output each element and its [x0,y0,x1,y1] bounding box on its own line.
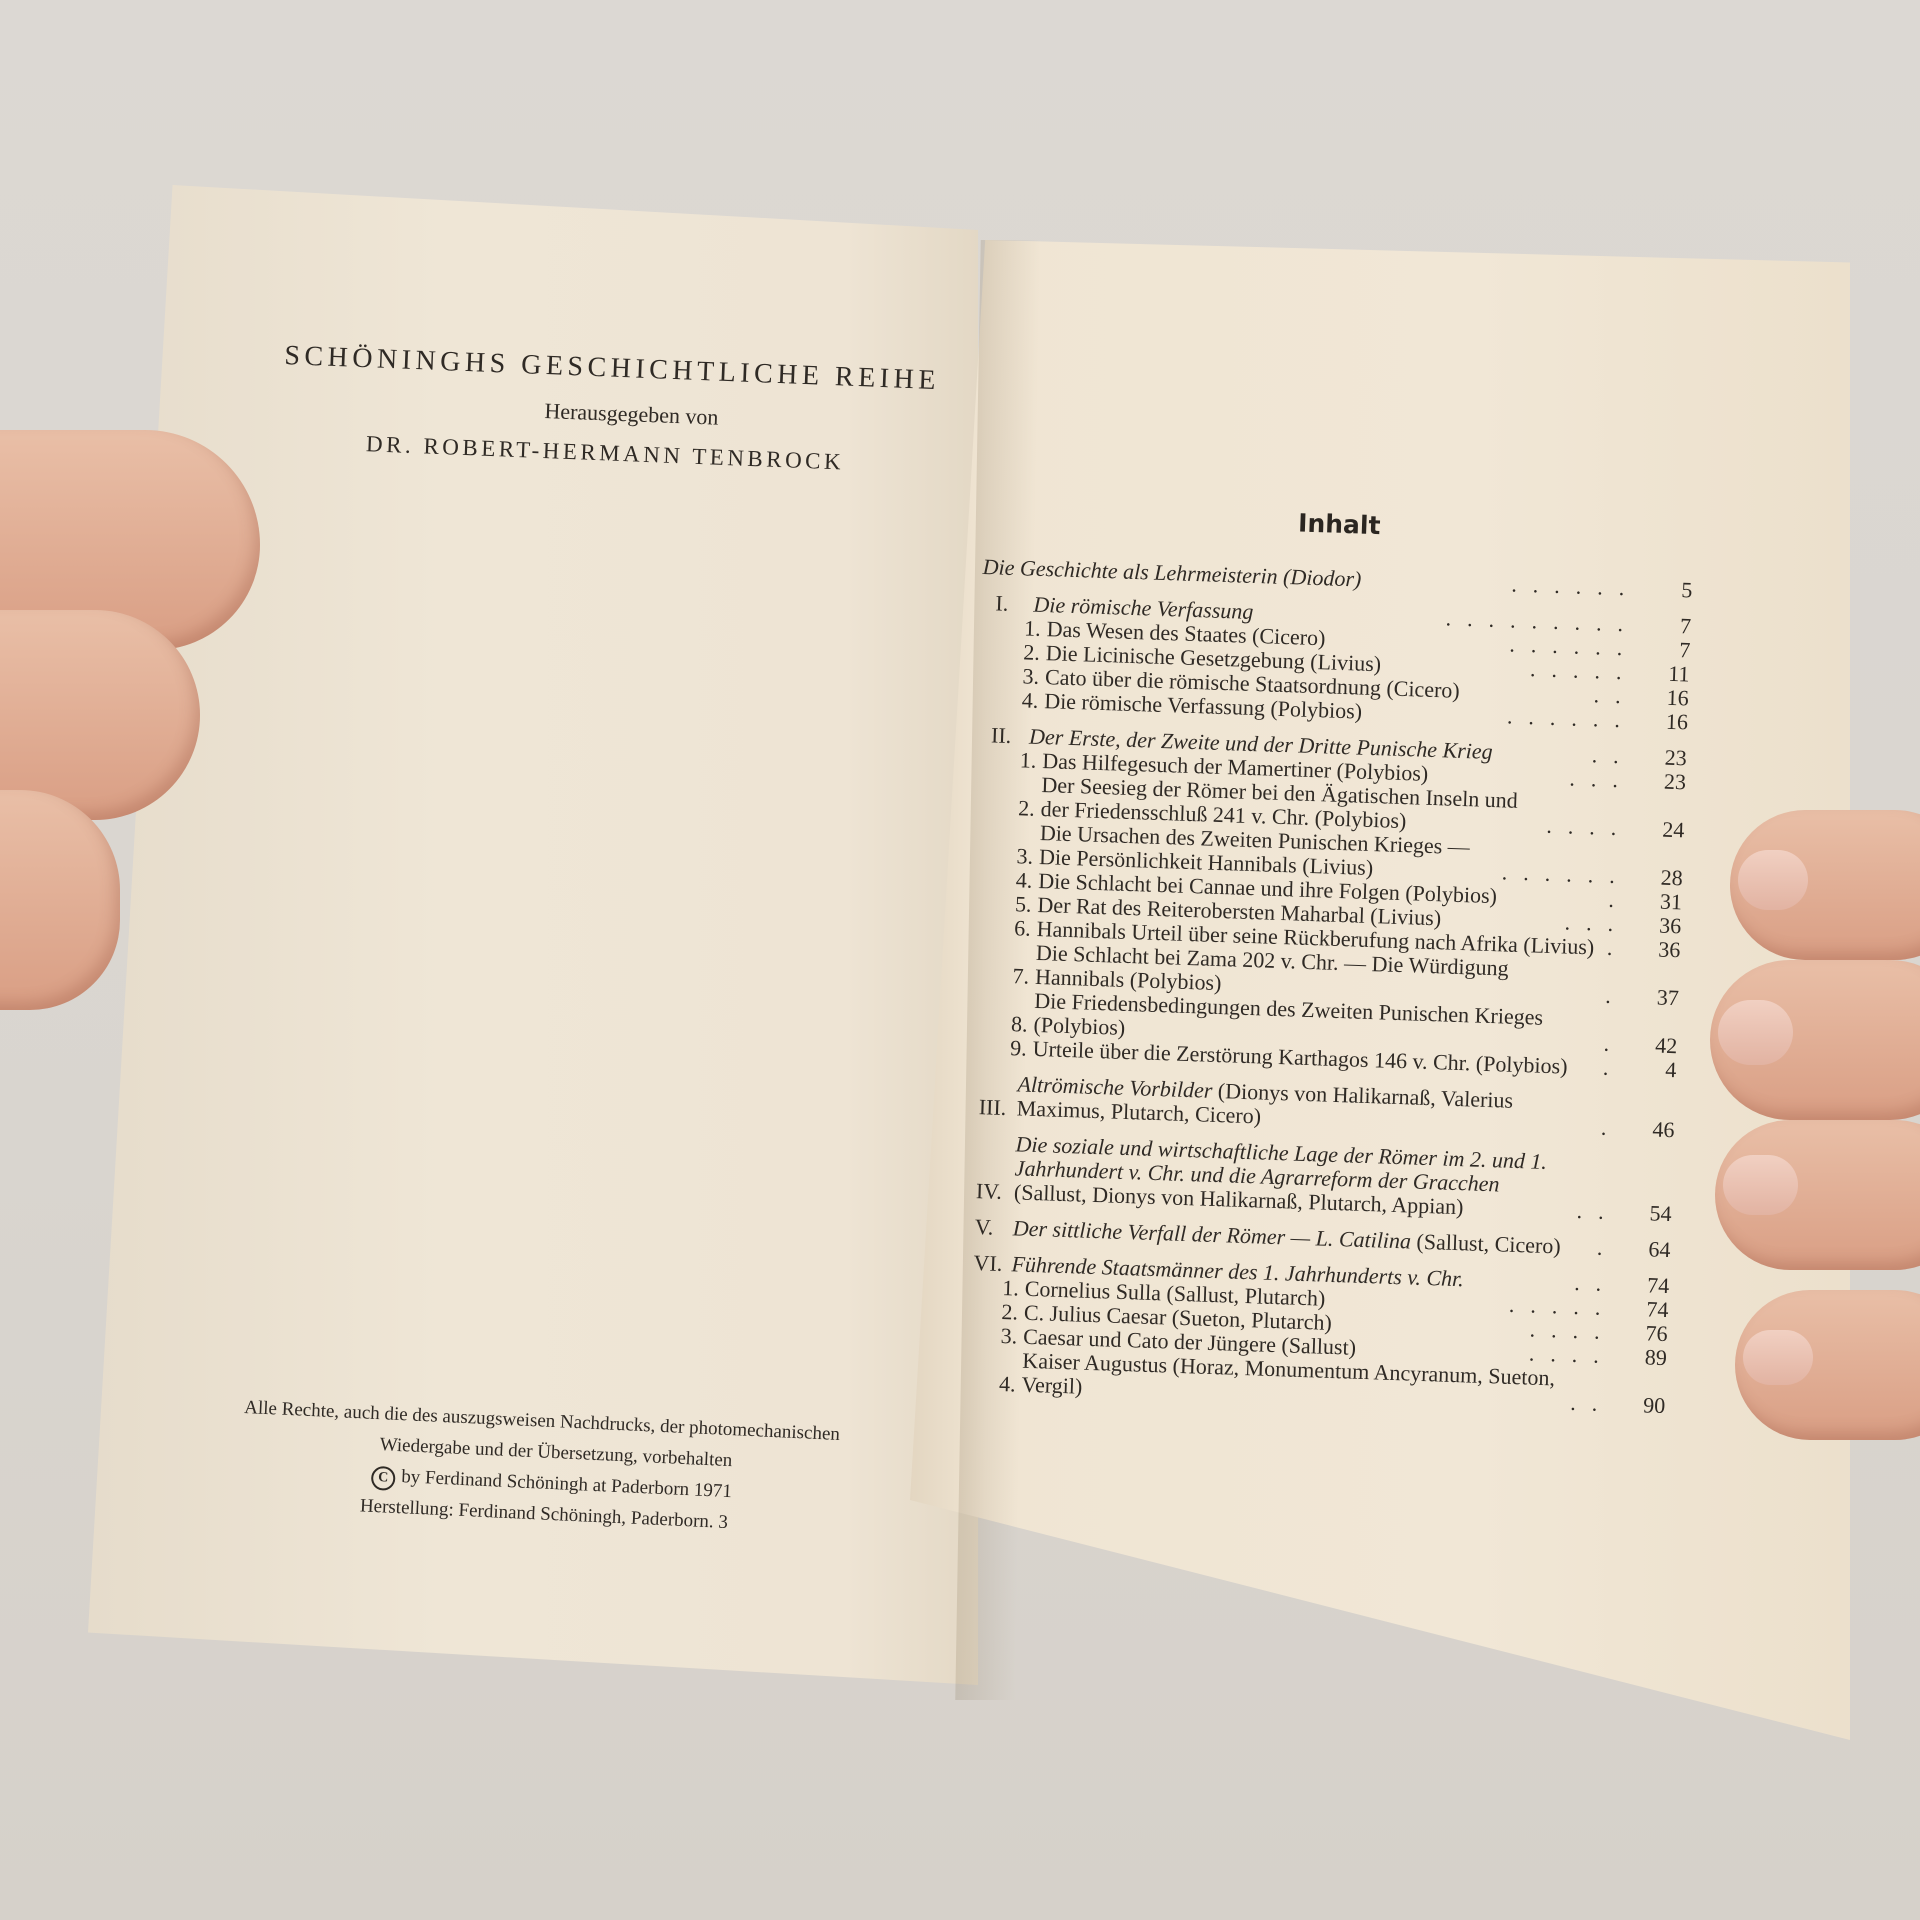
copyright-icon: C [371,1466,396,1491]
photo-scene: SCHÖNINGHS GESCHICHTLICHE REIHE Herausge… [0,0,1920,1920]
editor-intro: Herausgegeben von [544,398,973,440]
toc-section-3: III. Altrömische Vorbilder (Dionys von H… [964,1071,1675,1143]
right-hand [1690,790,1920,1470]
toc-section-4: IV. Die soziale und wirtschaftliche Lage… [962,1131,1674,1227]
left-hand [0,430,290,1070]
table-of-contents: Inhalt Die Geschichte als Lehrmeisterin … [955,498,1694,1418]
